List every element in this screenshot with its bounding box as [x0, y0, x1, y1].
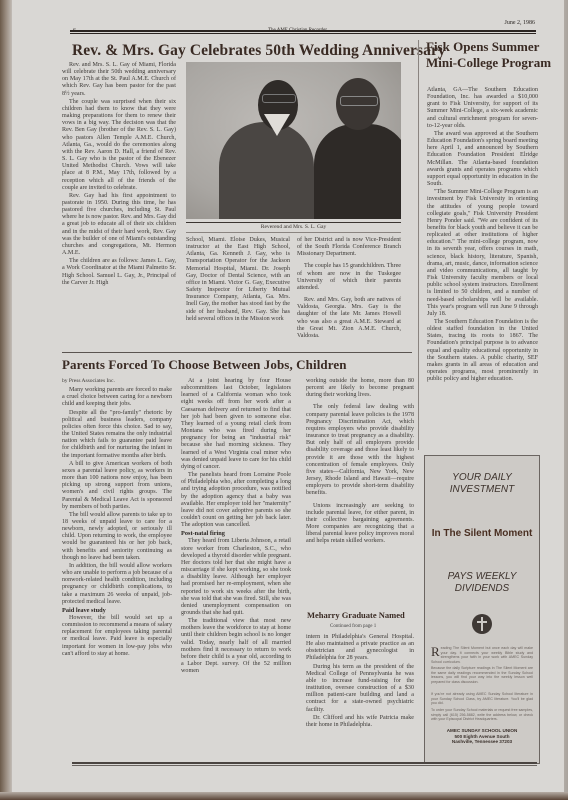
paragraph: The only federal law dealing with compan… — [306, 404, 414, 497]
photo-rev-mrs-gay — [186, 62, 401, 219]
paragraph: intern in Philadelphia's General Hospita… — [306, 634, 414, 663]
continued-note: Continued from page 1 — [330, 624, 376, 629]
silent-moment-advertisement: YOUR DAILY INVESTMENT In The Silent Mome… — [424, 455, 540, 764]
cross-emblem-icon — [472, 614, 492, 634]
union-city: Nashville, Tennessee 37203 — [425, 739, 539, 745]
gay-column-1: Rev. and Mrs. S. L. Gay of Miami, Florid… — [62, 62, 176, 287]
paragraph: Rev. and Mrs. S. L. Gay of Miami, Florid… — [62, 62, 176, 98]
ad-union-address: AMEC SUNDAY SCHOOL UNION 500 Eighth Aven… — [425, 728, 539, 745]
photo-glasses — [262, 94, 296, 103]
paragraph: However, the bill would set up a commiss… — [62, 615, 172, 658]
paragraph: The couple has 15 grandchildren. Three o… — [297, 263, 401, 292]
subheading: Paid leave study — [62, 607, 172, 614]
paragraph: The traditional view that most new mothe… — [181, 618, 291, 675]
parents-column-3: working outside the home, more than 80 p… — [306, 378, 414, 545]
ad-fine-print: If you're not already using AMEC Sunday … — [431, 692, 533, 706]
paragraph: They heard from Liberia Johnson, a retai… — [181, 538, 291, 617]
headline-meharry: Meharry Graduate Named — [307, 610, 405, 620]
fisk-column: Atlanta, GA—The Southern Education Found… — [427, 87, 538, 383]
headline-parents-forced: Parents Forced To Choose Between Jobs, C… — [62, 357, 347, 373]
paragraph: School, Miami. Eloise Dukes, Musical ins… — [186, 237, 290, 323]
paragraph: During his term as the president of the … — [306, 664, 414, 714]
caption-rule — [186, 222, 401, 223]
parents-column-1: by Press Associates Inc. Many working pa… — [62, 378, 172, 658]
ad-fine-print: To order your Sunday School materials or… — [431, 708, 533, 722]
bottom-rule-thin — [72, 765, 537, 766]
ad-text: eading The Silent Moment but once each d… — [431, 646, 533, 664]
paragraph: A bill to give American workers of both … — [62, 461, 172, 511]
ad-line-silent-moment: In The Silent Moment — [425, 528, 539, 540]
photo-caption: Reverend and Mrs. S. L. Gay — [186, 224, 401, 230]
paragraph: "The Summer Mini-College Program is an i… — [427, 189, 538, 318]
gay-column-2: School, Miami. Eloise Dukes, Musical ins… — [186, 237, 290, 323]
paragraph: Dr. Clifford and his wife Patricia make … — [306, 715, 414, 729]
photo-man — [219, 122, 314, 219]
ad-fine-print: Because the daily Scripture readings in … — [431, 666, 533, 684]
masthead-rule-thin — [70, 33, 536, 34]
paragraph: At a joint hearing by four House subcomm… — [181, 378, 291, 471]
ad-line-dividends: PAYS WEEKLY DIVIDENDS — [425, 571, 539, 595]
issue-date: June 2, 1986 — [505, 20, 536, 26]
paragraph: Unions increasingly are seeking to inclu… — [306, 503, 414, 546]
section-divider — [62, 352, 412, 353]
paragraph: In addition, the bill would allow worker… — [62, 563, 172, 606]
paragraph: The bill would allow parents to take up … — [62, 512, 172, 562]
paragraph: working outside the home, more than 80 p… — [306, 378, 414, 399]
photo-glasses — [340, 96, 378, 106]
headline-gay-anniversary: Rev. & Mrs. Gay Celebrates 50th Wedding … — [72, 42, 446, 60]
masthead-rule — [70, 30, 536, 32]
subheading: Post-natal firing — [181, 530, 291, 537]
photo-woman — [314, 124, 401, 219]
headline-fisk: Fisk Opens Summer Mini-College Program — [426, 39, 561, 71]
ad-fine-print: Reading The Silent Moment but once each … — [431, 646, 533, 664]
table-edge — [0, 792, 568, 800]
paragraph: of her District and is now Vice-Presiden… — [297, 237, 401, 258]
gay-column-3: of her District and is now Vice-Presiden… — [297, 237, 401, 340]
column-divider — [418, 40, 419, 450]
paragraph: Rev. and Mrs. Gay, both are natives of V… — [297, 297, 401, 340]
ad-line-investment: YOUR DAILY INVESTMENT — [425, 472, 539, 496]
paragraph: Despite all the "pro-family" rhetoric by… — [62, 410, 172, 460]
paragraph: Atlanta, GA—The Southern Education Found… — [427, 87, 538, 130]
paragraph: The panelists heard from Lorraine Poole … — [181, 472, 291, 529]
paragraph: The children are as follows: James L. Ga… — [62, 258, 176, 287]
paragraph: Rev. Gay had his first appointment to pa… — [62, 193, 176, 257]
bottom-rule — [72, 762, 537, 764]
parents-column-2: At a joint hearing by four House subcomm… — [181, 378, 291, 675]
byline: by Press Associates Inc. — [62, 378, 172, 385]
caption-rule — [186, 232, 401, 233]
paragraph: The Southern Education Foundation is the… — [427, 319, 538, 383]
meharry-column: intern in Philadelphia's General Hospita… — [306, 634, 414, 729]
paragraph: The couple was surprised when their six … — [62, 99, 176, 192]
paragraph: The award was approved at the Southern E… — [427, 131, 538, 188]
paragraph: Many working parents are forced to make … — [62, 387, 172, 408]
drop-cap: R — [431, 646, 440, 657]
